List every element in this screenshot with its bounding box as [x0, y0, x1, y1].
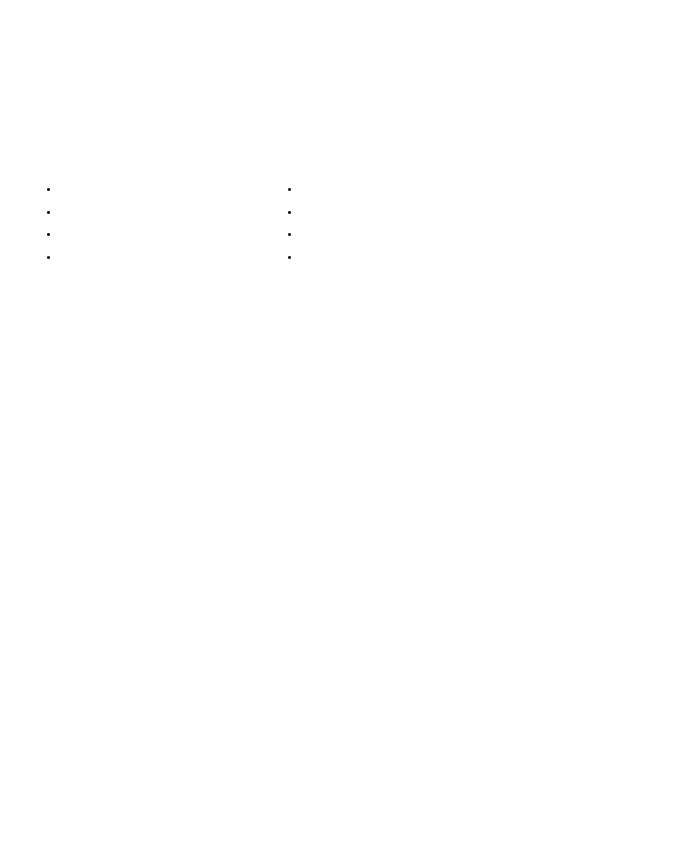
exam-page	[0, 0, 676, 847]
